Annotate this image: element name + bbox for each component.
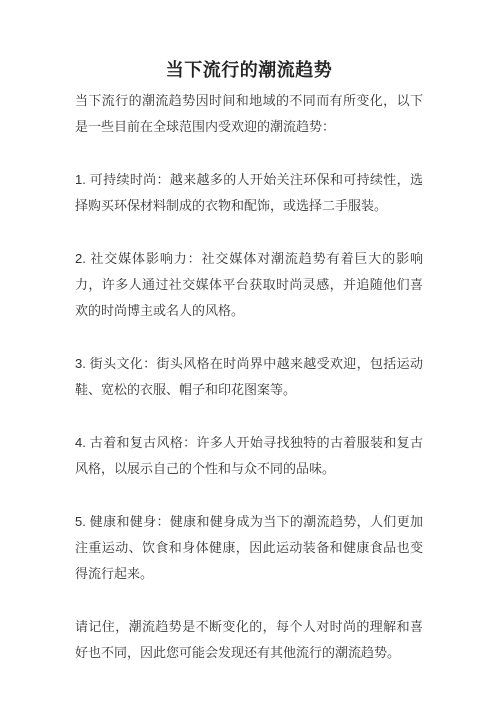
list-item-4: 4. 古着和复古风格：许多人开始寻找独特的古着服装和复古风格，以展示自己的个性和… — [75, 430, 423, 482]
intro-paragraph: 当下流行的潮流趋势因时间和地域的不同而有所变化，以下是一些目前在全球范围内受欢迎… — [75, 88, 423, 140]
list-item-1: 1. 可持续时尚：越来越多的人开始关注环保和可持续性，选择购买环保材料制成的衣物… — [75, 167, 423, 219]
document-page: 当下流行的潮流趋势 当下流行的潮流趋势因时间和地域的不同而有所变化，以下是一些目… — [0, 0, 496, 702]
list-item-5: 5. 健康和健身：健康和健身成为当下的潮流趋势，人们更加注重运动、饮食和身体健康… — [75, 509, 423, 587]
conclusion-paragraph: 请记住，潮流趋势是不断变化的，每个人对时尚的理解和喜好也不同，因此您可能会发现还… — [75, 614, 423, 666]
list-item-2: 2. 社交媒体影响力：社交媒体对潮流趋势有着巨大的影响力，许多人通过社交媒体平台… — [75, 246, 423, 324]
page-title: 当下流行的潮流趋势 — [73, 57, 425, 83]
list-item-3: 3. 街头文化：街头风格在时尚界中越来越受欢迎，包括运动鞋、宽松的衣服、帽子和印… — [75, 351, 423, 403]
